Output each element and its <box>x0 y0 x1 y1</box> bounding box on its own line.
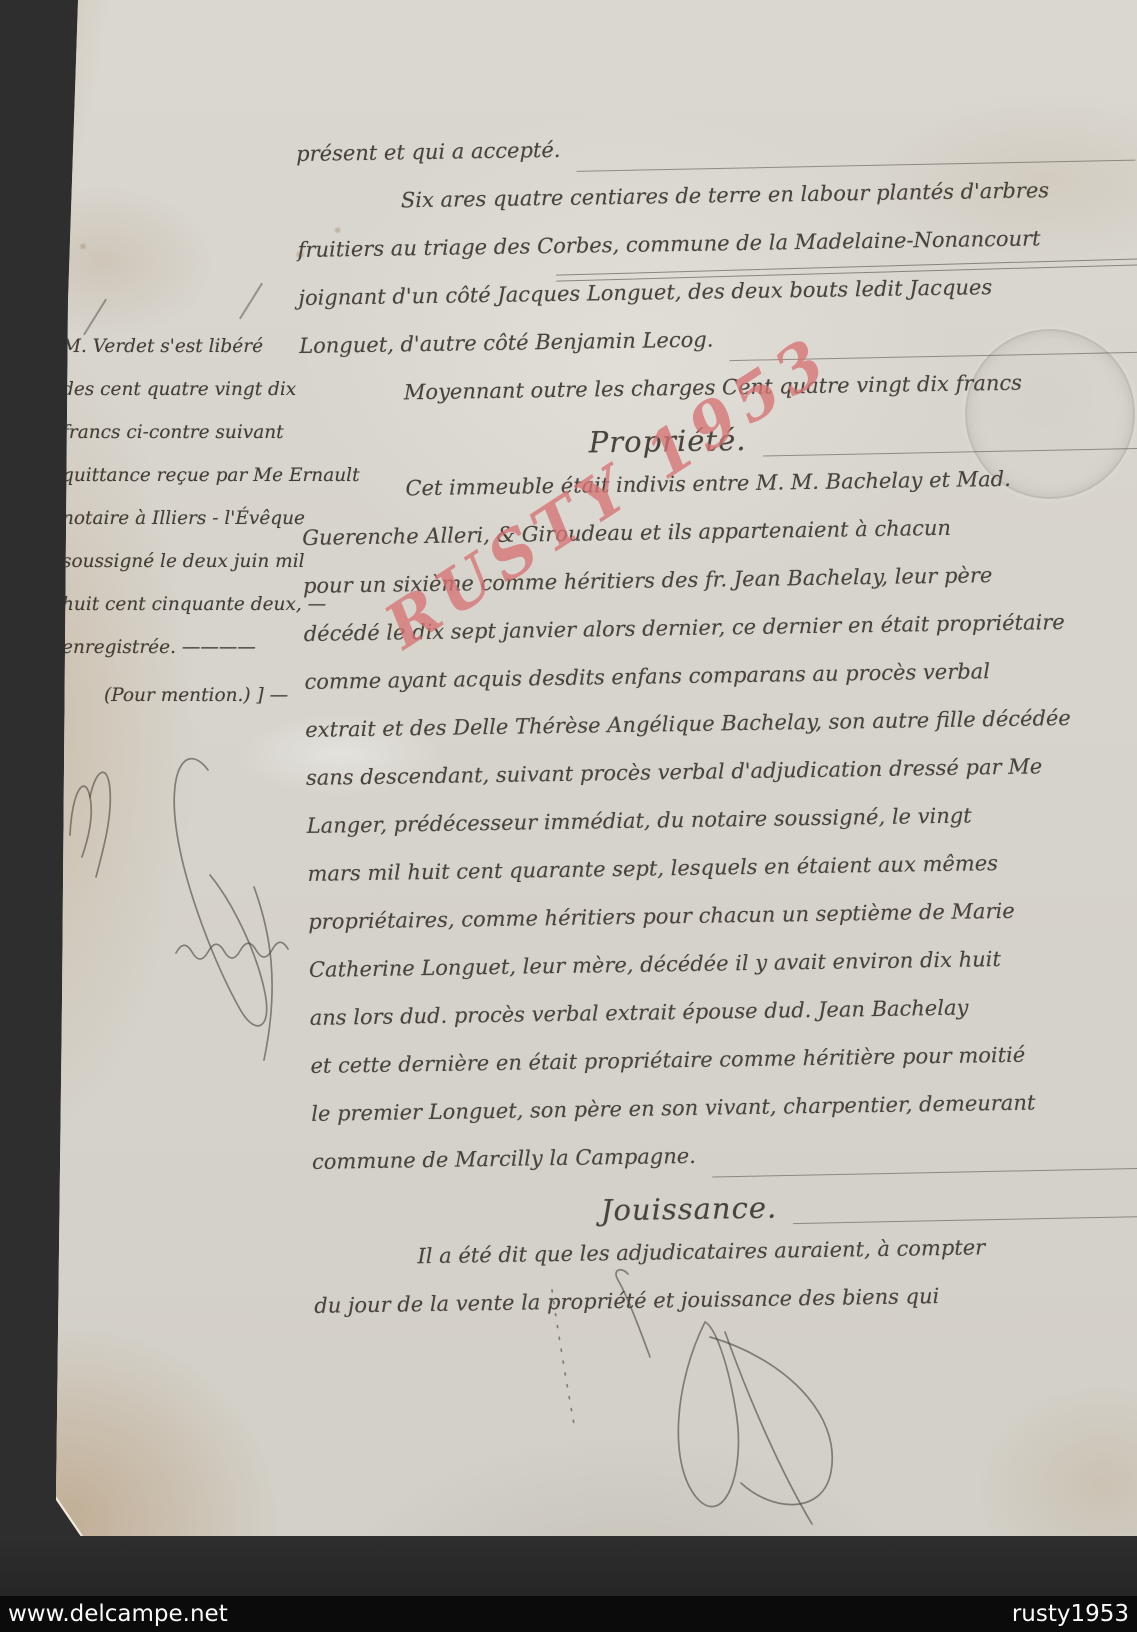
footer-bar: www.delcampe.net rusty1953 <box>0 1596 1137 1632</box>
margin-note-line: enregistrée. ———— <box>62 637 314 680</box>
deed-body-text: présent et qui a accepté.Six ares quatre… <box>296 129 1137 1342</box>
margin-note: M. Verdet s'est libérédes cent quatre vi… <box>62 336 314 728</box>
margin-note-line: M. Verdet s'est libéré <box>62 336 314 379</box>
margin-note-line: huit cent cinquante deux, — <box>62 594 314 637</box>
margin-note-line: soussigné le deux juin mil <box>62 551 314 594</box>
margin-note-line: quittance reçue par Me Ernault <box>62 465 314 508</box>
delcampe-url-label: www.delcampe.net <box>8 1601 228 1627</box>
notary-signature-flourish <box>58 735 358 1069</box>
signature-paraph-flourish <box>500 1262 900 1546</box>
margin-tick-slash <box>83 299 107 336</box>
margin-note-line: des cent quatre vingt dix <box>62 379 314 422</box>
margin-note-line: (Pour mention.) ] — <box>62 680 314 728</box>
scanned-document-page: M. Verdet s'est libérédes cent quatre vi… <box>0 0 1137 1632</box>
scan-background <box>0 1536 1137 1596</box>
seller-name-label: rusty1953 <box>1012 1601 1129 1627</box>
margin-tick-slash <box>239 283 263 320</box>
manuscript-paper: M. Verdet s'est libérédes cent quatre vi… <box>0 0 1137 1632</box>
margin-note-line: notaire à Illiers - l'Évêque <box>62 508 314 551</box>
margin-note-line: francs ci-contre suivant <box>62 422 314 465</box>
